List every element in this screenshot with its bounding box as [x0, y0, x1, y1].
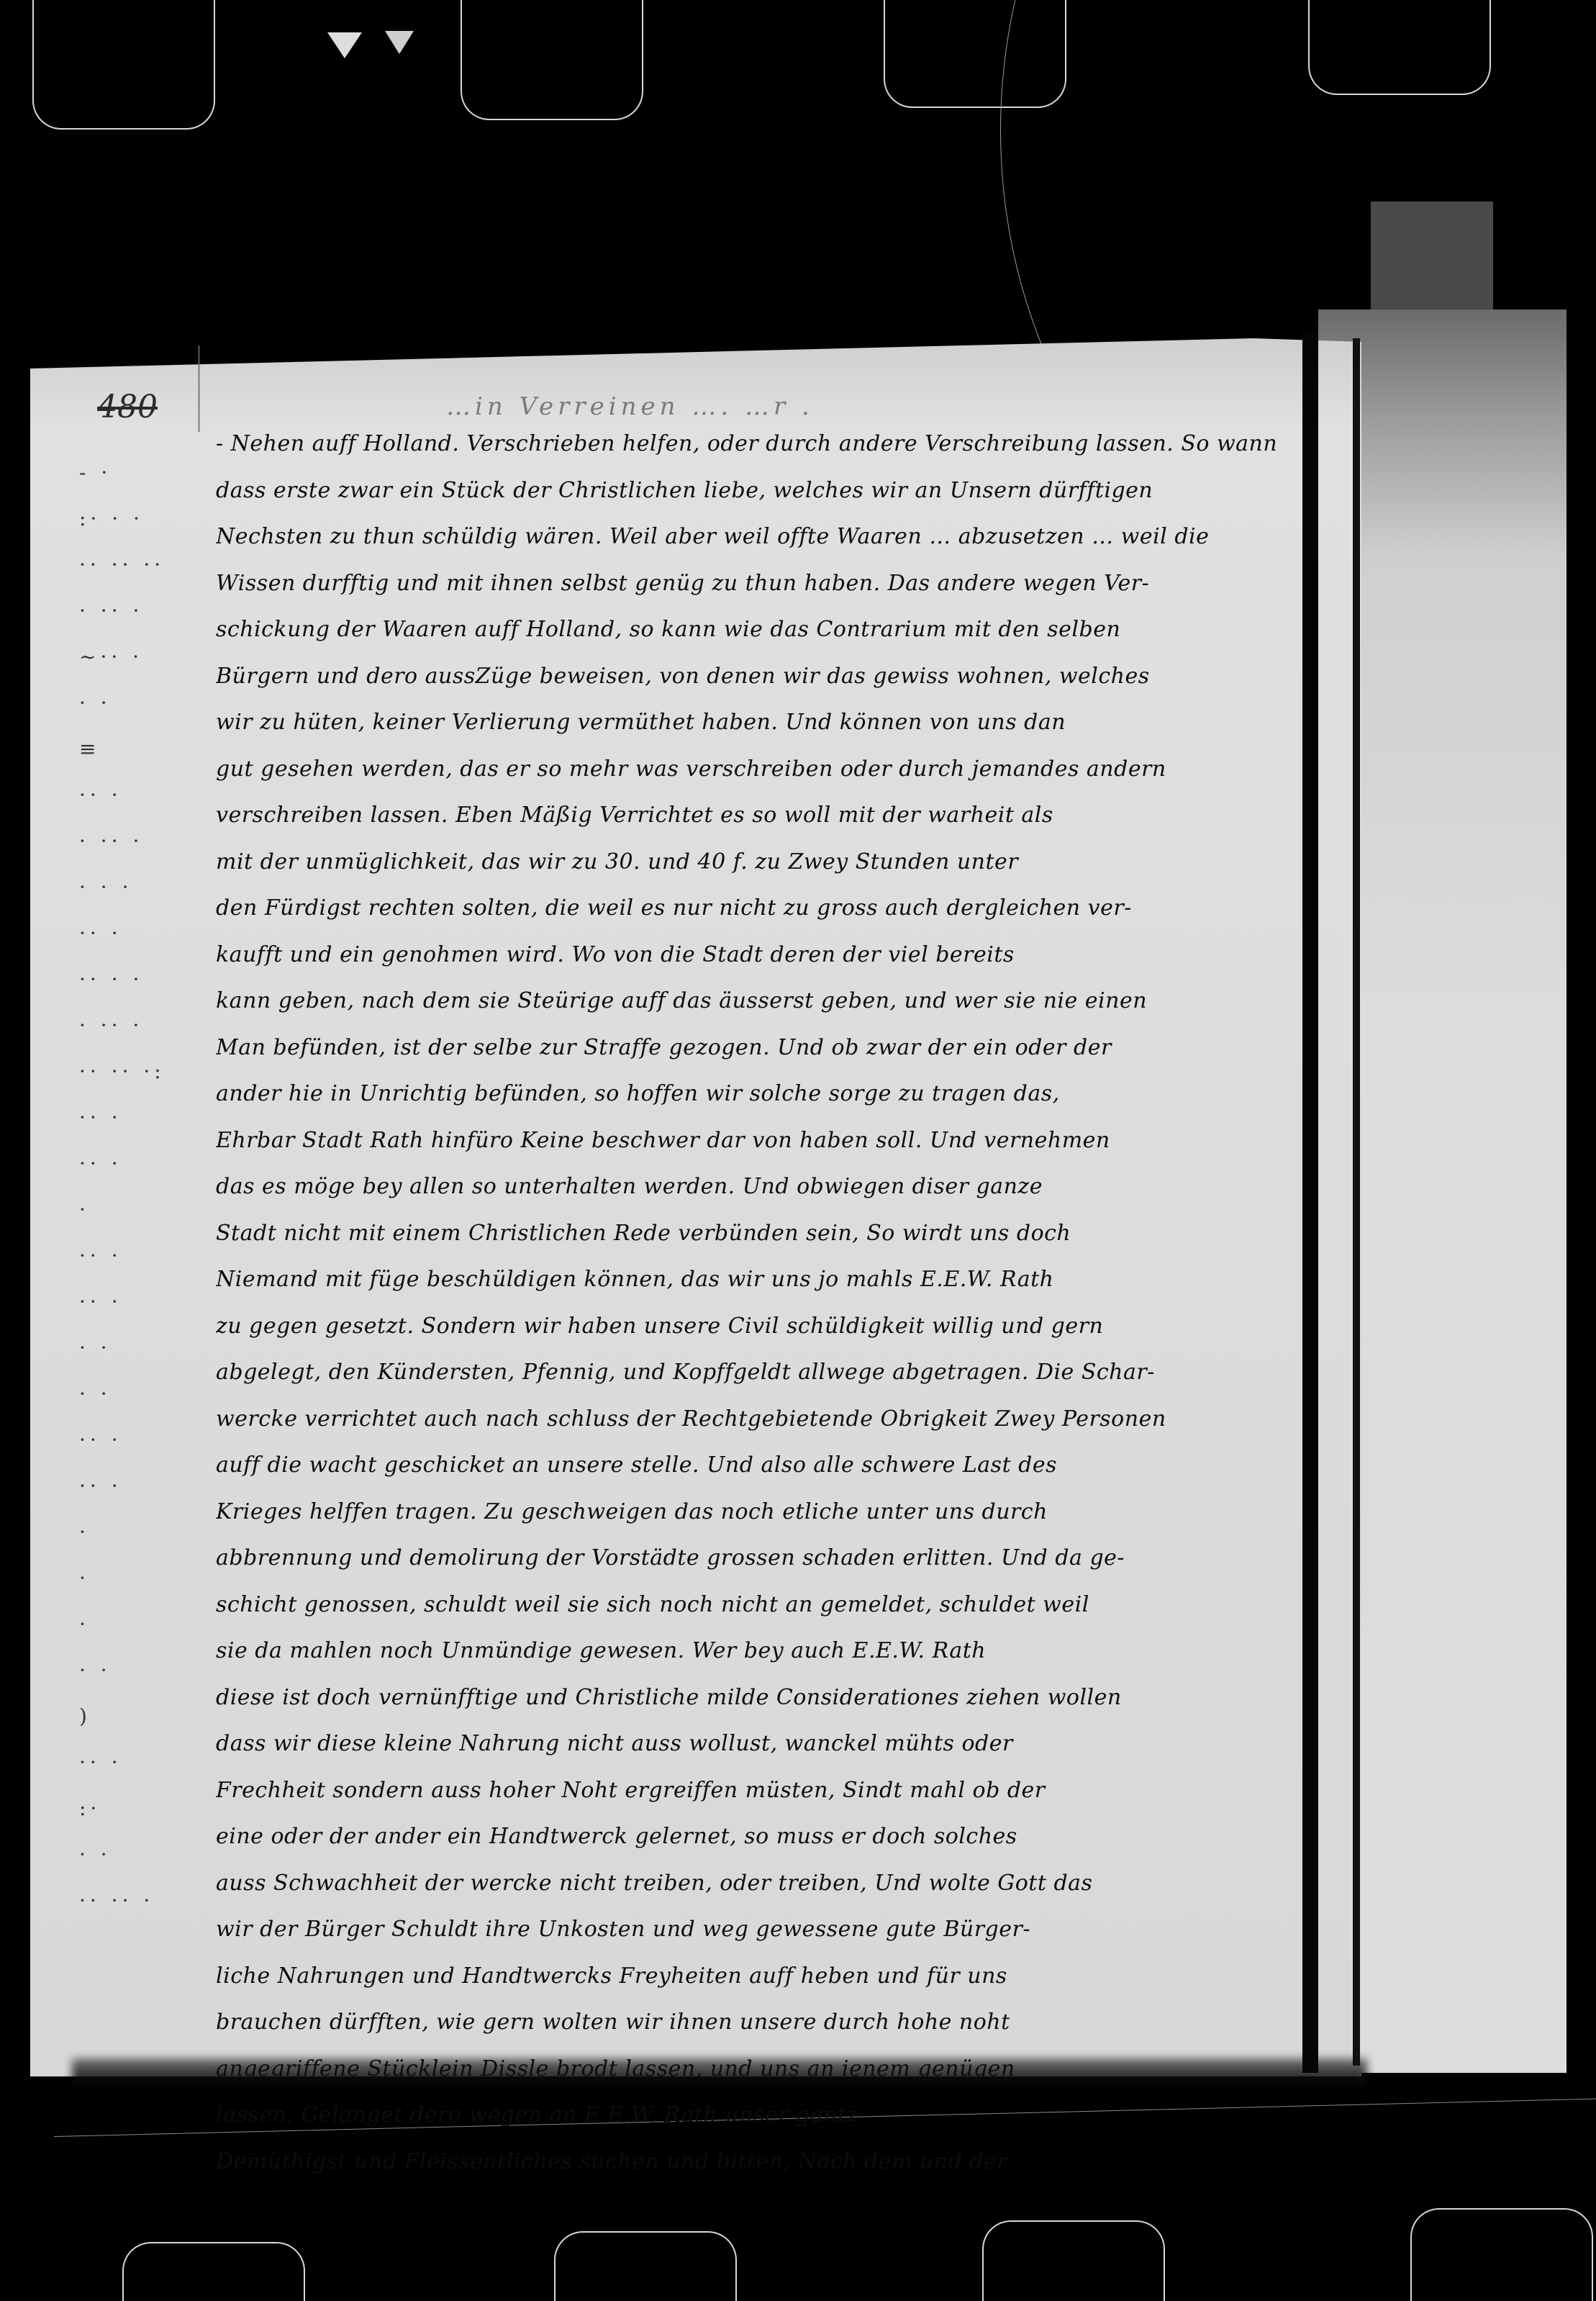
margin-mark: · · — [79, 1382, 201, 1428]
margin-mark: · · — [79, 691, 201, 737]
margin-mark: · — [79, 1566, 201, 1612]
margin-mark: ~·· · — [79, 645, 201, 691]
film-sprocket-top-1 — [32, 0, 215, 130]
text-line: wir der Bürger Schuldt ihre Unkosten und… — [216, 1907, 1310, 1953]
text-line: gut gesehen werden, das er so mehr was v… — [216, 746, 1310, 793]
margin-mark: ·· · — [79, 1750, 201, 1796]
margin-mark: · — [79, 1612, 201, 1658]
margin-mark: ·· · — [79, 783, 201, 829]
margin-mark: ·· · — [79, 1428, 201, 1474]
manuscript-body: - Nehen auff Holland. Verschrieben helfe… — [216, 421, 1310, 2185]
film-light-mark — [385, 31, 414, 54]
margin-mark: · — [79, 1520, 201, 1566]
text-line: wercke verrichtet auch nach schluss der … — [216, 1396, 1310, 1443]
margin-mark: · ·· · — [79, 599, 201, 645]
margin-mark: ·· · — [79, 1152, 201, 1198]
text-line: wir zu hüten, keiner Verlierung vermüthe… — [216, 700, 1310, 746]
margin-mark: ·· · — [79, 1474, 201, 1520]
film-sprocket-bottom-3 — [982, 2220, 1165, 2301]
margin-mark: ) — [79, 1704, 201, 1750]
margin-mark: :· · · — [79, 507, 201, 553]
text-line: verschreiben lassen. Eben Mäßig Verricht… — [216, 792, 1310, 839]
text-line: Ehrbar Stadt Rath hinfüro Keine beschwer… — [216, 1118, 1310, 1165]
text-line: Nechsten zu thun schüldig wären. Weil ab… — [216, 514, 1310, 561]
margin-mark: · · · — [79, 875, 201, 921]
right-page-top-shadow — [1371, 202, 1493, 317]
text-line: - Nehen auff Holland. Verschrieben helfe… — [216, 421, 1310, 468]
text-line: abgelegt, den Kündersten, Pfennig, und K… — [216, 1350, 1310, 1396]
text-line: abbrennung und demolirung der Vorstädte … — [216, 1535, 1310, 1582]
text-line: dass wir diese kleine Nahrung nicht auss… — [216, 1721, 1310, 1768]
margin-mark: - · — [79, 461, 201, 507]
text-line: Bürgern und dero aussZüge beweisen, von … — [216, 654, 1310, 700]
text-line: schickung der Waaren auff Holland, so ka… — [216, 607, 1310, 654]
left-margin-marks: - · :· · · ·· ·· ·· · ·· · ~·· · · · ≡ ·… — [79, 461, 201, 1935]
text-line: mit der unmüglichkeit, das wir zu 30. un… — [216, 839, 1310, 886]
film-sprocket-bottom-1 — [122, 2242, 305, 2301]
text-line: diese ist doch vernünfftige und Christli… — [216, 1675, 1310, 1722]
text-line: eine oder der ander ein Handtwerck geler… — [216, 1814, 1310, 1861]
text-line: liche Nahrungen und Handtwercks Freyheit… — [216, 1953, 1310, 2000]
text-line: Wissen durfftig und mit ihnen selbst gen… — [216, 561, 1310, 607]
text-line: ander hie in Unrichtig befünden, so hoff… — [216, 1071, 1310, 1118]
text-line: sie da mahlen noch Unmündige gewesen. We… — [216, 1628, 1310, 1675]
margin-mark: ·· · — [79, 1244, 201, 1290]
margin-mark: · · — [79, 1336, 201, 1382]
text-line: angegriffene Stücklein Dissle brodt lass… — [216, 2046, 1310, 2093]
text-line: kaufft und ein genohmen wird. Wo von die… — [216, 932, 1310, 979]
page-number-struck: 480 — [97, 389, 158, 425]
margin-mark: ·· ·· ·· — [79, 553, 201, 599]
text-line: auff die wacht geschicket an unsere stel… — [216, 1442, 1310, 1489]
text-line: auss Schwachheit der wercke nicht treibe… — [216, 1861, 1310, 1907]
margin-mark: ·· · — [79, 1290, 201, 1336]
margin-mark: ·· · — [79, 1106, 201, 1152]
text-line: lassen. Gelanget dero wegen an E.E.W. Ra… — [216, 2092, 1310, 2139]
film-sprocket-bottom-4 — [1410, 2208, 1593, 2301]
header-bleed-through-text: …in Verreinen …. …r . — [446, 392, 814, 421]
text-line: Man befünden, ist der selbe zur Straffe … — [216, 1025, 1310, 1072]
margin-mark: · · — [79, 1658, 201, 1704]
margin-mark: · ·· · — [79, 1013, 201, 1059]
margin-mark: ·· · · — [79, 967, 201, 1013]
text-line: Stadt nicht mit einem Christlichen Rede … — [216, 1211, 1310, 1257]
margin-mark: · · — [79, 1843, 201, 1889]
film-sprocket-bottom-2 — [554, 2231, 737, 2301]
film-light-mark — [327, 32, 362, 58]
text-line: Frechheit sondern auss hoher Noht ergrei… — [216, 1768, 1310, 1814]
text-line: das es möge bey allen so unterhalten wer… — [216, 1164, 1310, 1211]
margin-mark: ·· ·· · — [79, 1889, 201, 1935]
margin-mark: · — [79, 1198, 201, 1244]
paper-crease — [198, 345, 200, 432]
text-line: schicht genossen, schuldt weil sie sich … — [216, 1582, 1310, 1629]
text-line: brauchen dürfften, wie gern wolten wir i… — [216, 1999, 1310, 2046]
text-line: dass erste zwar ein Stück der Christlich… — [216, 468, 1310, 515]
margin-mark: ·· · — [79, 921, 201, 967]
text-line: Niemand mit füge beschüldigen können, da… — [216, 1257, 1310, 1303]
margin-mark: ≡ — [79, 737, 201, 783]
text-line: Demüthigst und Fleissentliches suchen un… — [216, 2139, 1310, 2186]
film-sprocket-top-2 — [461, 0, 643, 120]
text-line: Krieges helffen tragen. Zu geschweigen d… — [216, 1489, 1310, 1536]
text-line: den Fürdigst rechten solten, die weil es… — [216, 885, 1310, 932]
margin-mark: ·· ·· ·: — [79, 1059, 201, 1106]
margin-mark: :· — [79, 1796, 201, 1843]
margin-mark: · ·· · — [79, 829, 201, 875]
binding-fold-line — [1353, 338, 1360, 2066]
text-line: zu gegen gesetzt. Sondern wir haben unse… — [216, 1303, 1310, 1350]
text-line: kann geben, nach dem sie Steürige auff d… — [216, 978, 1310, 1025]
